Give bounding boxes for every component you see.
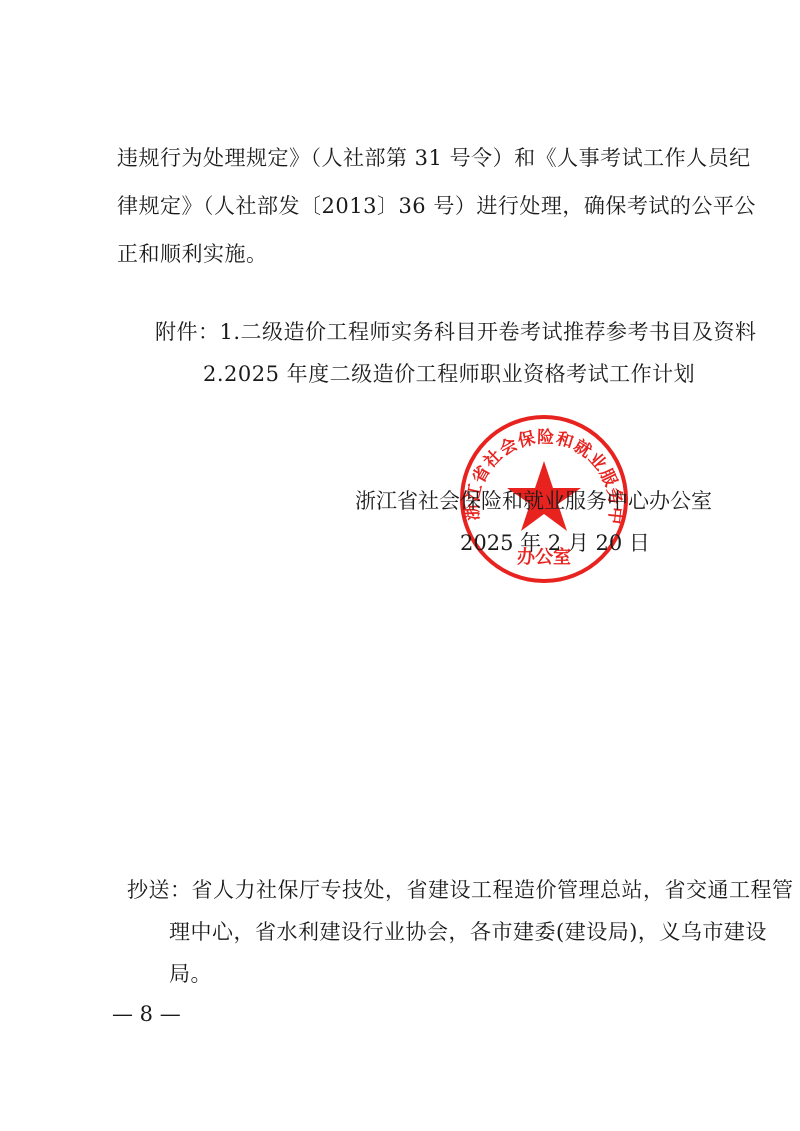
attachment-item-1: 1.二级造价工程师实务科目开卷考试推荐参考书目及资料 bbox=[220, 320, 757, 344]
attachment-1: 附件：1.二级造价工程师实务科目开卷考试推荐参考书目及资料 bbox=[155, 316, 757, 346]
body-line-2: 律规定》（人社部发〔2013〕36 号）进行处理，确保考试的公平公 bbox=[117, 190, 756, 220]
cc-line-3: 局。 bbox=[169, 958, 212, 988]
issuer-name: 浙江省社会保险和就业服务中心办公室 bbox=[355, 485, 712, 515]
attachment-item-2: 2.2025 年度二级造价工程师职业资格考试工作计划 bbox=[203, 358, 695, 388]
cc-label: 抄送： bbox=[127, 878, 192, 902]
cc-line-1: 抄送：省人力社保厅专技处，省建设工程造价管理总站，省交通工程管 bbox=[127, 874, 794, 904]
issue-date: 2025 年 2 月 20 日 bbox=[460, 527, 650, 557]
body-line-3: 正和顺利实施。 bbox=[117, 238, 268, 268]
attachments-label: 附件： bbox=[155, 320, 220, 344]
cc-line-2: 理中心，省水利建设行业协会，各市建委(建设局)，义乌市建设 bbox=[169, 916, 767, 946]
page-number: — 8 — bbox=[112, 1002, 181, 1026]
body-line-1: 违规行为处理规定》（人社部第 31 号令）和《人事考试工作人员纪 bbox=[117, 142, 751, 172]
